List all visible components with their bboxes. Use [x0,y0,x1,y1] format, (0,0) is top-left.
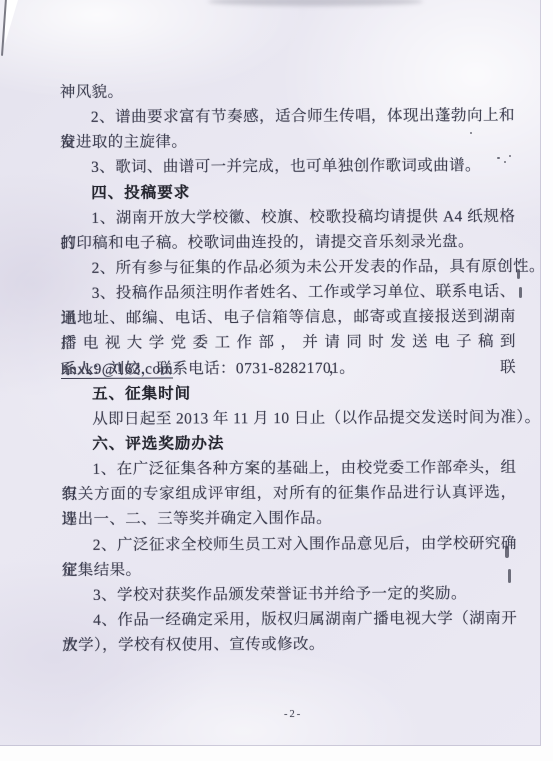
scan-speck [519,287,522,298]
document-line: 有关方面的专家组成评审组，对所有的征集作品进行认真评选，评 [61,480,516,507]
document-line: 1、湖南开放大学校徽、校旗、校歌投稿均请提供 A4 纸规格的 [60,204,515,231]
email-line-pre: 播电视大学党委工作部，并请同时发送电子稿到 [61,333,516,352]
document-line: 1、在广泛征集各种方案的基础上，由校党委工作部牵头，组织 [61,455,516,482]
scanner-edge-bottom [0,746,553,761]
document-line: 征集结果。 [62,556,517,583]
scanner-edge-right [541,0,553,761]
document-line: 大学），学校有权使用、宣传或修改。 [62,631,517,658]
document-line: 3、投稿作品须注明作者姓名、工作或学习单位、联系电话、通 [61,279,516,306]
document-line: 4、作品一经确定采用，版权归属湖南广播电视大学（湖南开放 [62,606,517,633]
document-body: 神风貌。 2、谱曲要求富有节奏感，适合师生传唱，体现出蓬勃向上和奋 发进取的主旋… [60,78,518,658]
document-line: 讯地址、邮编、电话、电子信箱等信息，邮寄或直接报送到湖南广 [61,304,516,331]
section-heading-submission-requirements: 四、投稿要求 [60,179,515,206]
document-line: 2、所有参与征集的作品必须为未公开发表的作品，具有原创性。 [61,254,516,281]
document-line: 3、学校对获奖作品颁发荣誉证书并给予一定的奖励。 [62,581,517,608]
section-heading-award-method: 六、评选奖励办法 [61,430,516,457]
document-line: 2、谱曲要求富有节奏感，适合师生传唱，体现出蓬勃向上和奋 [60,103,515,130]
document-line: 从即日起至 2013 年 11 月 10 日止（以作品提交发送时间为准）。 [61,405,516,432]
document-line: 神风貌。 [60,78,515,105]
document-line: 打印稿和电子稿。校歌词曲连投的，请提交音乐刻录光盘。 [60,229,515,256]
folded-corner [5,0,18,44]
page-number: -2- [284,709,302,720]
document-line: 选出一、二、三等奖并确定入围作品。 [62,505,517,532]
scanned-document-page: 神风貌。 2、谱曲要求富有节奏感，适合师生传唱，体现出蓬勃向上和奋 发进取的主旋… [0,0,553,761]
document-line: 发进取的主旋律。 [60,128,515,155]
section-heading-collection-period: 五、征集时间 [61,380,516,407]
document-line: 3、歌词、曲谱可一并完成，也可单独创作歌词或曲谱。 [60,153,515,180]
document-line: 2、广泛征求全校师生员工对入围作品意见后，由学校研究确定 [62,531,517,558]
document-line-with-email: 播电视大学党委工作部，并请同时发送电子稿到 hnxk9@163.com，联 [61,329,516,356]
